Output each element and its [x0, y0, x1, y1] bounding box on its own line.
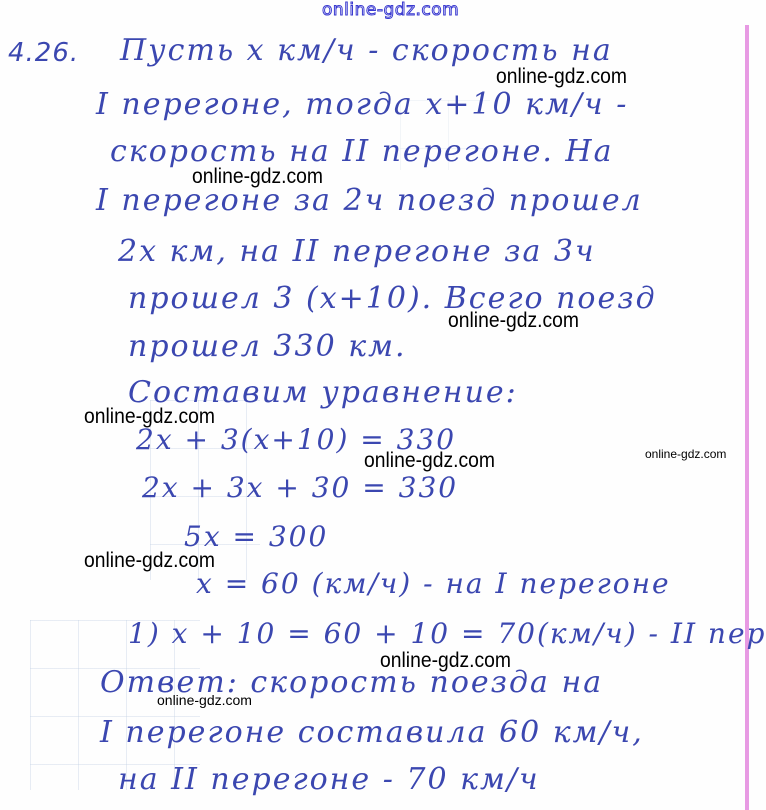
- solution-line: Пусть x км/ч - скорость на: [120, 36, 613, 66]
- solution-line: 2x км, на II перегоне за 3ч: [118, 237, 596, 267]
- answer-line: I перегоне составила 60 км/ч,: [100, 718, 644, 748]
- solution-line: I перегоне, тогда x+10 км/ч -: [96, 90, 628, 120]
- watermark: online-gdz.com: [496, 66, 627, 87]
- equation-line: 1) x + 10 = 60 + 10 = 70(км/ч) - II пере…: [128, 620, 766, 648]
- margin-line: [745, 25, 749, 810]
- watermark-top: online-gdz.com: [322, 2, 459, 19]
- notebook-page: online-gdz.com 4.26. Пусть x км/ч - скор…: [0, 0, 766, 810]
- problem-number: 4.26.: [8, 40, 79, 66]
- watermark: online-gdz.com: [448, 310, 579, 331]
- solution-line: I перегоне за 2ч поезд прошел: [96, 186, 643, 216]
- solution-line: Составим уравнение:: [128, 378, 518, 408]
- equation-line: x = 60 (км/ч) - на I перегоне: [196, 570, 671, 598]
- solution-line: скорость на II перегоне. На: [110, 137, 613, 167]
- watermark: online-gdz.com: [192, 166, 323, 187]
- watermark: online-gdz.com: [84, 550, 215, 571]
- watermark: online-gdz.com: [380, 650, 511, 671]
- answer-line: на II перегоне - 70 км/ч: [118, 765, 540, 795]
- solution-line: прошел 330 км.: [128, 332, 407, 362]
- watermark: online-gdz.com: [364, 450, 495, 471]
- watermark: online-gdz.com: [645, 448, 726, 460]
- equation-line: 2x + 3x + 30 = 330: [142, 474, 458, 502]
- equation-line: 5x = 300: [184, 523, 328, 551]
- watermark: online-gdz.com: [84, 406, 215, 427]
- watermark: online-gdz.com: [157, 693, 252, 707]
